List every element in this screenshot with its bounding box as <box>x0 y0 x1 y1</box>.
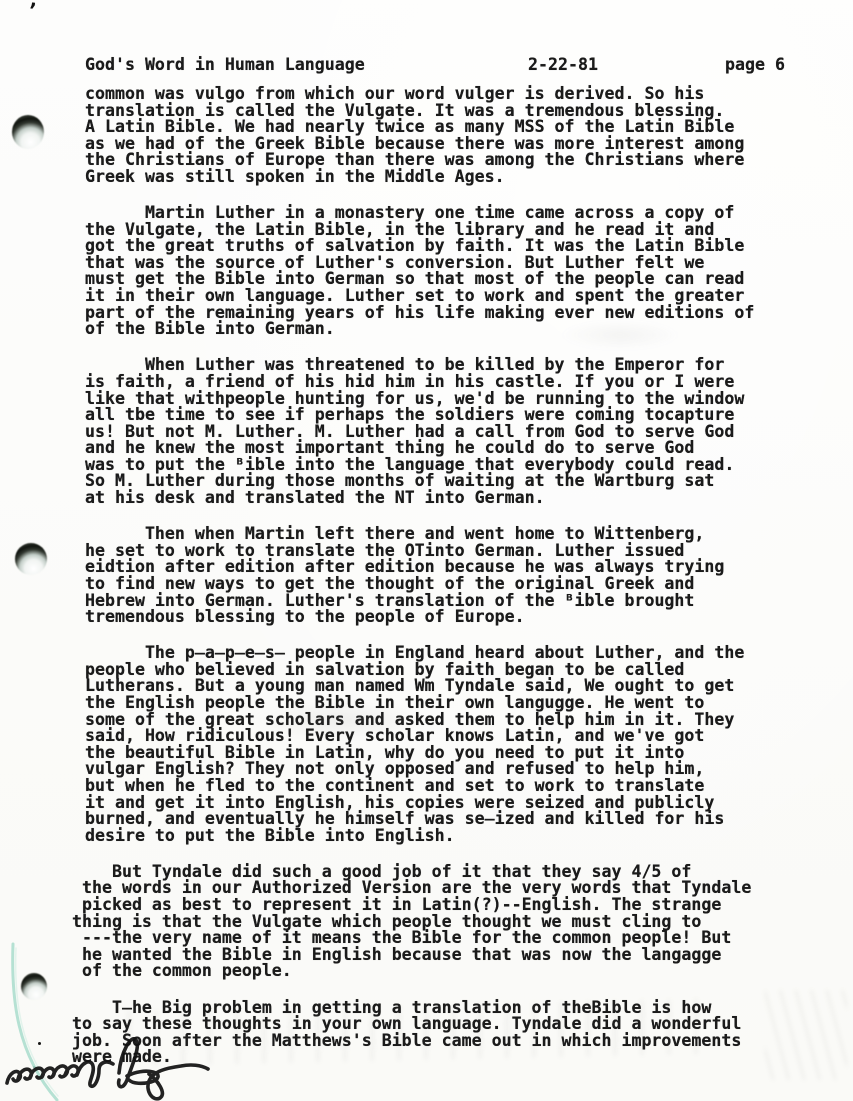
scanned-document-page: ’ God's Word in Human Language 2-22-81 p… <box>0 0 853 1101</box>
ink-speck <box>33 1066 35 1068</box>
hole-punch-top <box>12 115 44 149</box>
hole-punch-middle <box>15 543 47 575</box>
hole-punch-bottom <box>21 973 47 1000</box>
document-body: common was vulgo from which our word vul… <box>85 86 805 1085</box>
stray-pen-mark: ’ <box>25 0 39 23</box>
document-title: God's Word in Human Language <box>85 56 365 73</box>
paragraph-luther-wartburg: When Luther was threatened to be killed … <box>85 357 805 506</box>
page-number: page 6 <box>725 56 785 73</box>
paragraph-vulgate: common was vulgo from which our word vul… <box>85 86 805 186</box>
document-date: 2-22-81 <box>528 56 598 73</box>
paragraph-luther-wittenberg: Then when Martin left there and went hom… <box>85 526 805 626</box>
paragraph-authorized-version: But Tyndale did such a good job of it th… <box>72 864 805 980</box>
page-edge-curve <box>0 938 80 1101</box>
paragraph-luther-monastery: Martin Luther in a monastery one time ca… <box>85 205 805 338</box>
paragraph-tyndale: The p̶a̶p̶e̶s̶ people in England heard a… <box>85 645 805 844</box>
paragraph-big-problem: T̶he Big problem in getting a translatio… <box>72 1000 805 1066</box>
ink-speck <box>38 1042 41 1045</box>
